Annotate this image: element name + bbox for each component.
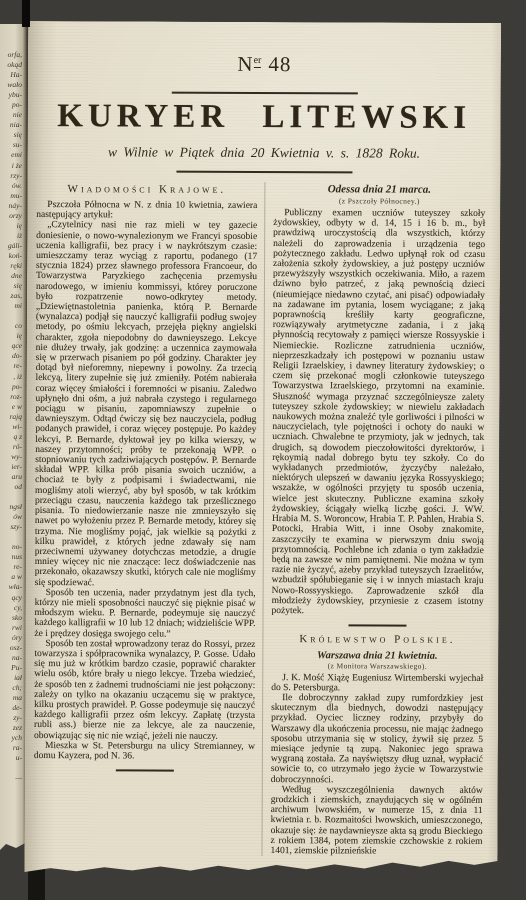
edge-text-fragments: orfa, okąd Ha- wało ybu- po- nie nia- si… bbox=[0, 50, 22, 783]
adjacent-page-edge: orfa, okąd Ha- wało ybu- po- nie nia- si… bbox=[0, 24, 27, 856]
spine-bar bbox=[22, 0, 30, 27]
issue-letter: N bbox=[237, 52, 253, 76]
newspaper-title: KURYER LITEWSKI bbox=[28, 98, 501, 137]
paragraph: Sposób ten został wprowadzony teraz do R… bbox=[34, 639, 255, 742]
issue-number-line: Ner48 bbox=[28, 51, 501, 78]
columns: Wiadomości Krajowe. Pszczoła Północna w … bbox=[24, 181, 500, 857]
masthead-rule-top bbox=[171, 92, 357, 95]
issue-superscript: er bbox=[254, 55, 262, 68]
article-source-odessa: (z Pszczoły Północney.) bbox=[273, 196, 485, 206]
article-dateline-warszawa: Warszawa dnia 21 kwietnia. bbox=[271, 650, 483, 662]
paragraph: Według wyszczególnienia dawnych aktów gr… bbox=[270, 785, 482, 857]
paragraph: „Czytelnicy nasi nie raz mieli w tey gaz… bbox=[35, 220, 258, 588]
column-left: Wiadomości Krajowe. Pszczoła Północna w … bbox=[34, 181, 265, 779]
article-heading-odessa: Odessa dnia 21 marca. bbox=[273, 183, 485, 196]
masthead-dateline: w Wilnie w Piątek dnia 20 Kwietnia v. s.… bbox=[28, 144, 501, 162]
paragraph: Publiczny examen uczniów tuteyszey szkoł… bbox=[272, 208, 486, 617]
masthead-rule-bottom bbox=[176, 171, 352, 174]
scanned-newspaper-view: orfa, okąd Ha- wało ybu- po- nie nia- si… bbox=[0, 0, 526, 900]
section-heading-krajowe: Wiadomości Krajowe. bbox=[36, 183, 257, 196]
paragraph: J. K. Mość Xiążę Eugeniusz Wirtemberski … bbox=[271, 673, 483, 694]
section-divider-rule bbox=[348, 624, 406, 626]
paragraph: Sposób ten uczenia, nader przydatnym jes… bbox=[34, 588, 255, 640]
section-heading-polskie: Królewstwo Polskie. bbox=[271, 633, 483, 646]
column-right: Odessa dnia 21 marca. (z Pszczoły Północ… bbox=[261, 182, 485, 857]
issue-number: 48 bbox=[268, 52, 291, 76]
paragraph: Mieszka w St. Petersburgu na ulicy Strem… bbox=[34, 741, 255, 762]
newspaper-page: Ner48 KURYER LITEWSKI w Wilnie w Piątek … bbox=[24, 21, 501, 875]
paragraph: Pszczoła Północna w N. z dnia 10 kwietni… bbox=[36, 200, 257, 221]
paragraph: Ile dobroczynny zakład zupy rumfordzkiey… bbox=[271, 693, 483, 786]
section-end-rule bbox=[115, 770, 173, 772]
article-source-warszawa: (z Monitora Warszawskiego). bbox=[271, 661, 483, 671]
